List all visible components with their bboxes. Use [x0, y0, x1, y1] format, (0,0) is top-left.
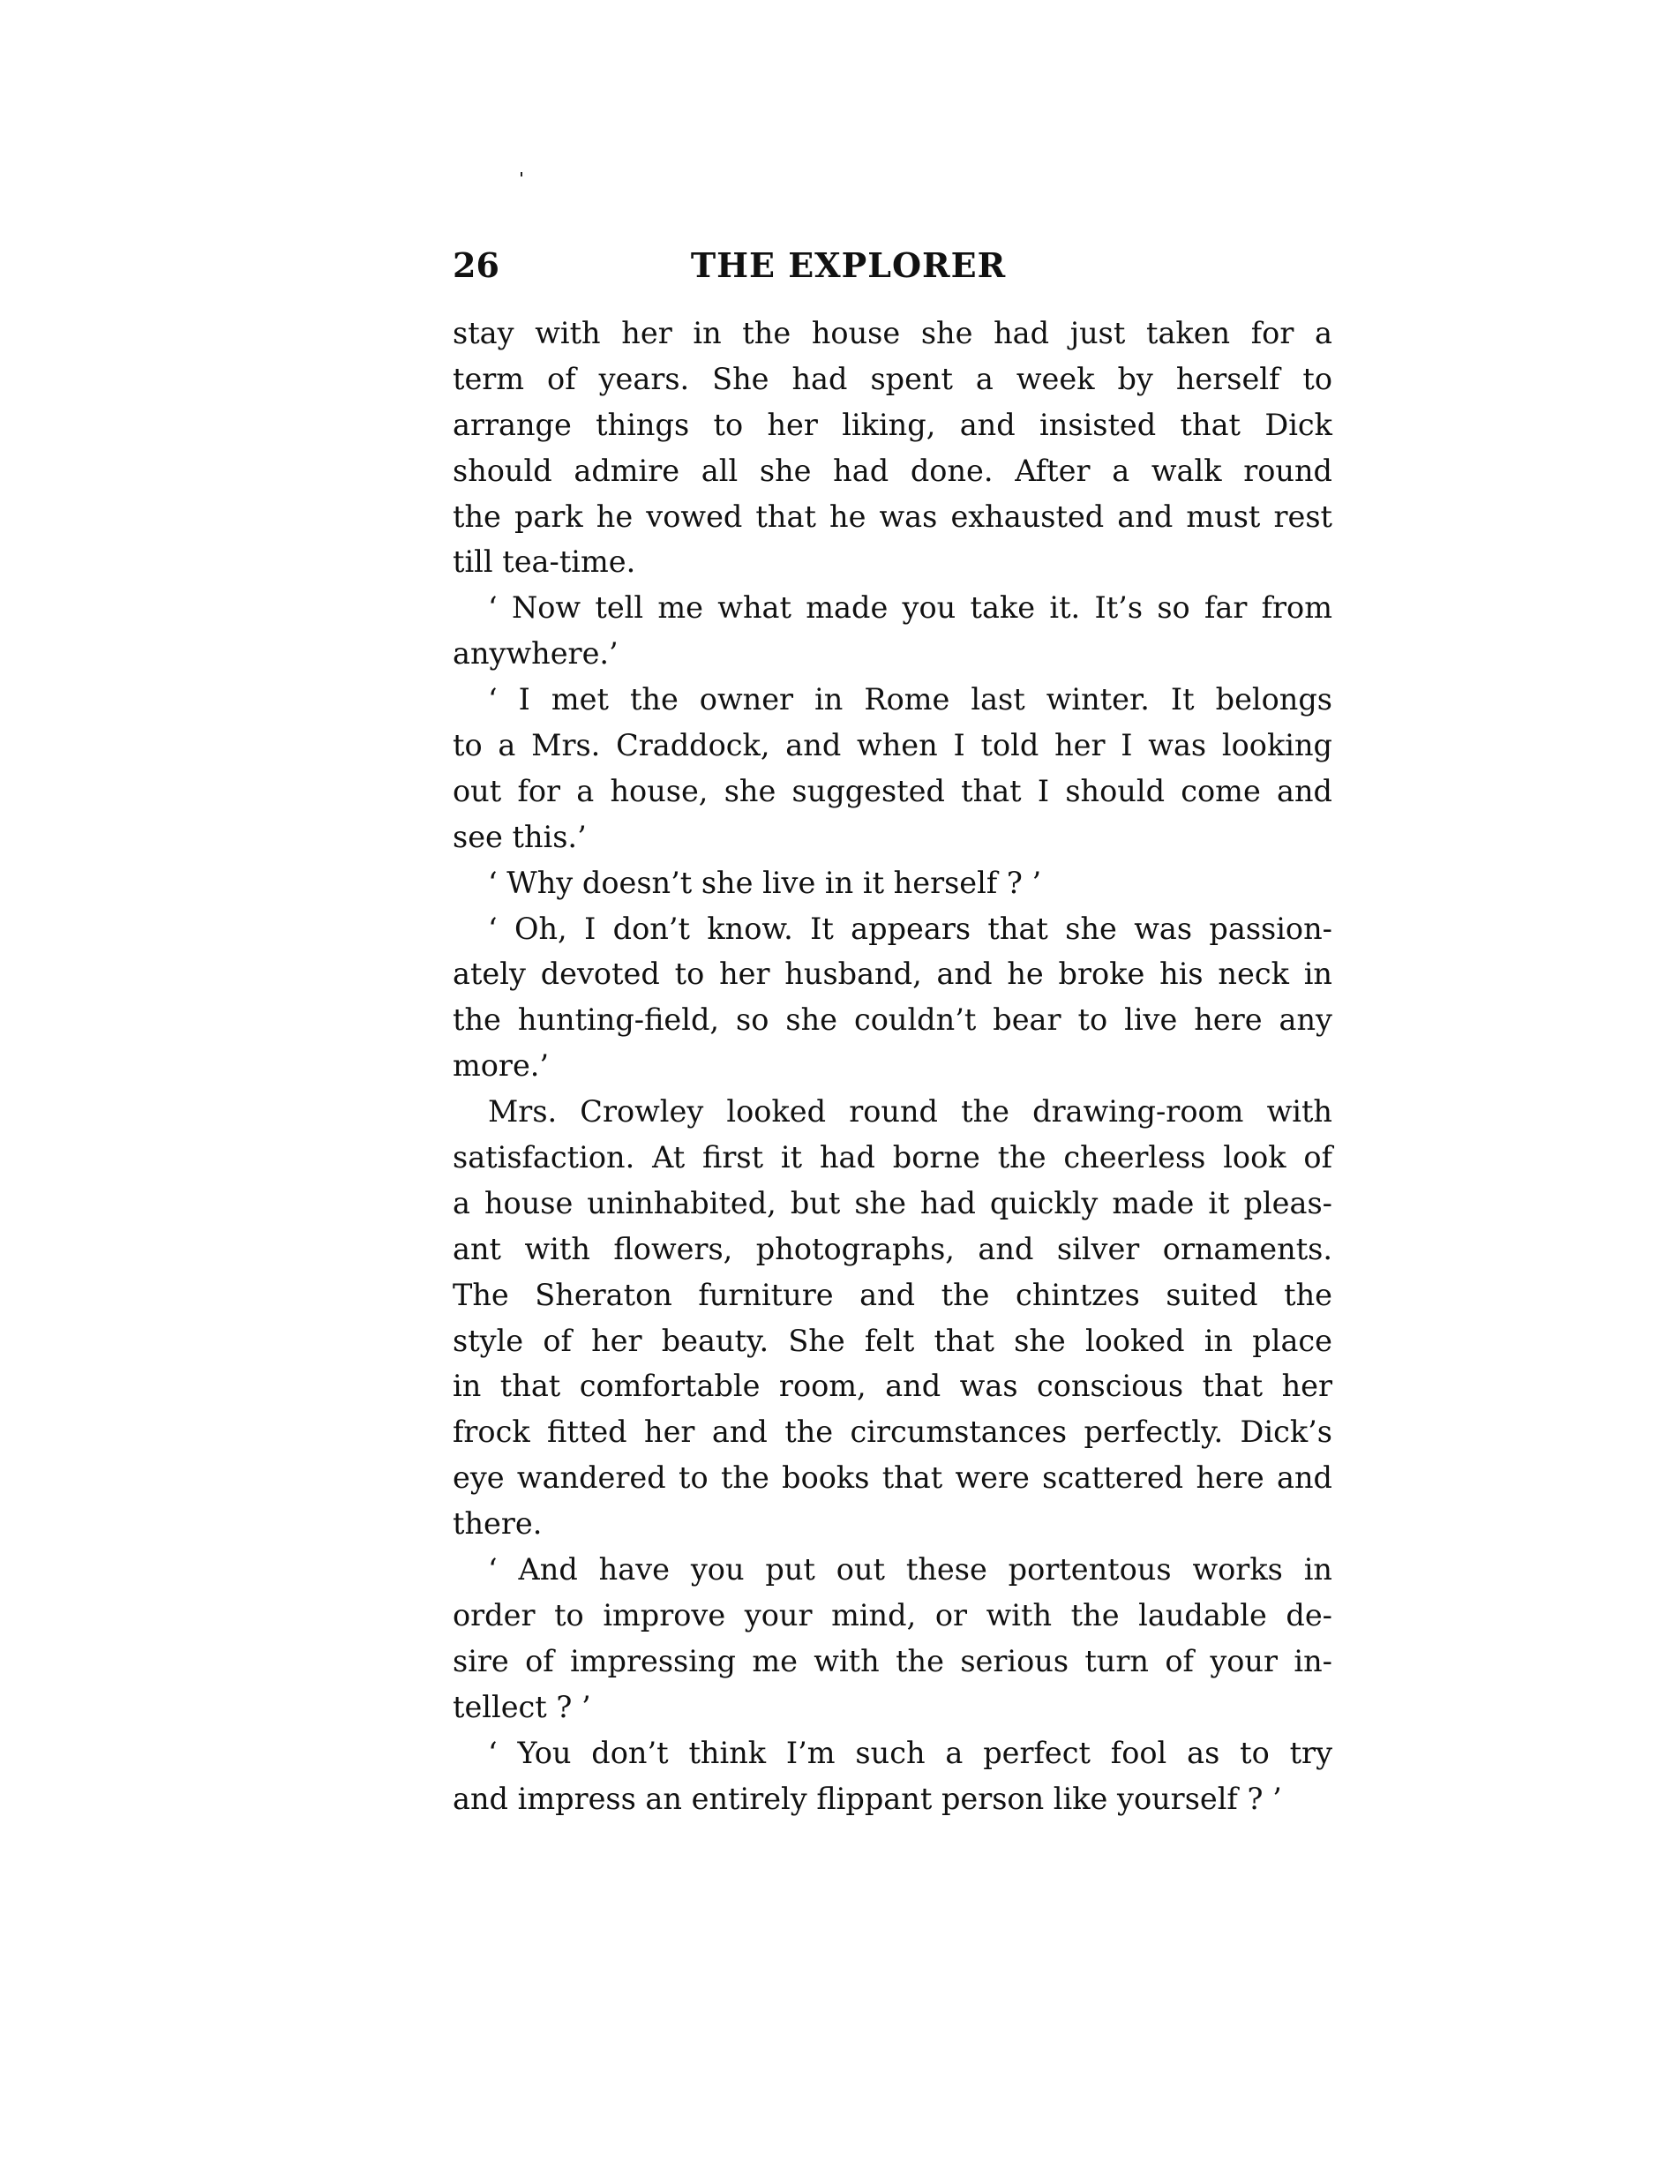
text-line: ‘ I met the owner in Rome last winter. I…	[453, 677, 1332, 723]
text-line: arrange things to her liking, and insist…	[453, 402, 1332, 448]
text-line: see this.’	[453, 814, 1332, 860]
text-line: to a Mrs. Craddock, and when I told her …	[453, 723, 1332, 769]
text-line: ‘ Oh, I don’t know. It appears that she …	[453, 906, 1332, 952]
text-line: and impress an entirely flippant person …	[453, 1776, 1332, 1822]
text-line: there.	[453, 1501, 1332, 1547]
text-line: sire of impressing me with the serious t…	[453, 1639, 1332, 1685]
text-line: ‘ And have you put out these portentous …	[453, 1547, 1332, 1593]
text-line: ‘ Why doesn’t she live in it herself ? ’	[453, 860, 1332, 906]
text-line: ‘ Now tell me what made you take it. It’…	[453, 585, 1332, 631]
text-line: stay with her in the house she had just …	[453, 311, 1332, 356]
text-line: frock fitted her and the circumstances p…	[453, 1409, 1332, 1455]
book-page: 26 THE EXPLORER stay with her in the hou…	[0, 0, 1680, 2184]
text-line: till tea-time.	[453, 539, 1332, 585]
scan-speck	[521, 172, 522, 176]
text-line: term of years. She had spent a week by h…	[453, 356, 1332, 402]
body-text: stay with her in the house she had just …	[453, 311, 1332, 1821]
text-line: in that comfortable room, and was consci…	[453, 1363, 1332, 1409]
text-line: a house uninhabited, but she had quickly…	[453, 1181, 1332, 1227]
text-line: The Sheraton furniture and the chintzes …	[453, 1272, 1332, 1318]
text-line: satisfaction. At first it had borne the …	[453, 1135, 1332, 1181]
text-line: Mrs. Crowley looked round the drawing-ro…	[453, 1089, 1332, 1135]
text-line: ant with flowers, photographs, and silve…	[453, 1227, 1332, 1272]
text-line: order to improve your mind, or with the …	[453, 1593, 1332, 1639]
text-line: eye wandered to the books that were scat…	[453, 1455, 1332, 1501]
text-line: ‘ You don’t think I’m such a perfect foo…	[453, 1730, 1332, 1776]
running-title: THE EXPLORER	[453, 244, 1332, 288]
text-line: anywhere.’	[453, 631, 1332, 677]
text-line: ately devoted to her husband, and he bro…	[453, 951, 1332, 997]
page-header: 26 THE EXPLORER	[453, 244, 1332, 288]
text-line: out for a house, she suggested that I sh…	[453, 769, 1332, 814]
text-line: the hunting-field, so she couldn’t bear …	[453, 997, 1332, 1043]
text-line: should admire all she had done. After a …	[453, 448, 1332, 494]
text-line: tellect ? ’	[453, 1685, 1332, 1730]
text-line: more.’	[453, 1043, 1332, 1089]
text-line: style of her beauty. She felt that she l…	[453, 1318, 1332, 1364]
text-line: the park he vowed that he was exhausted …	[453, 494, 1332, 540]
